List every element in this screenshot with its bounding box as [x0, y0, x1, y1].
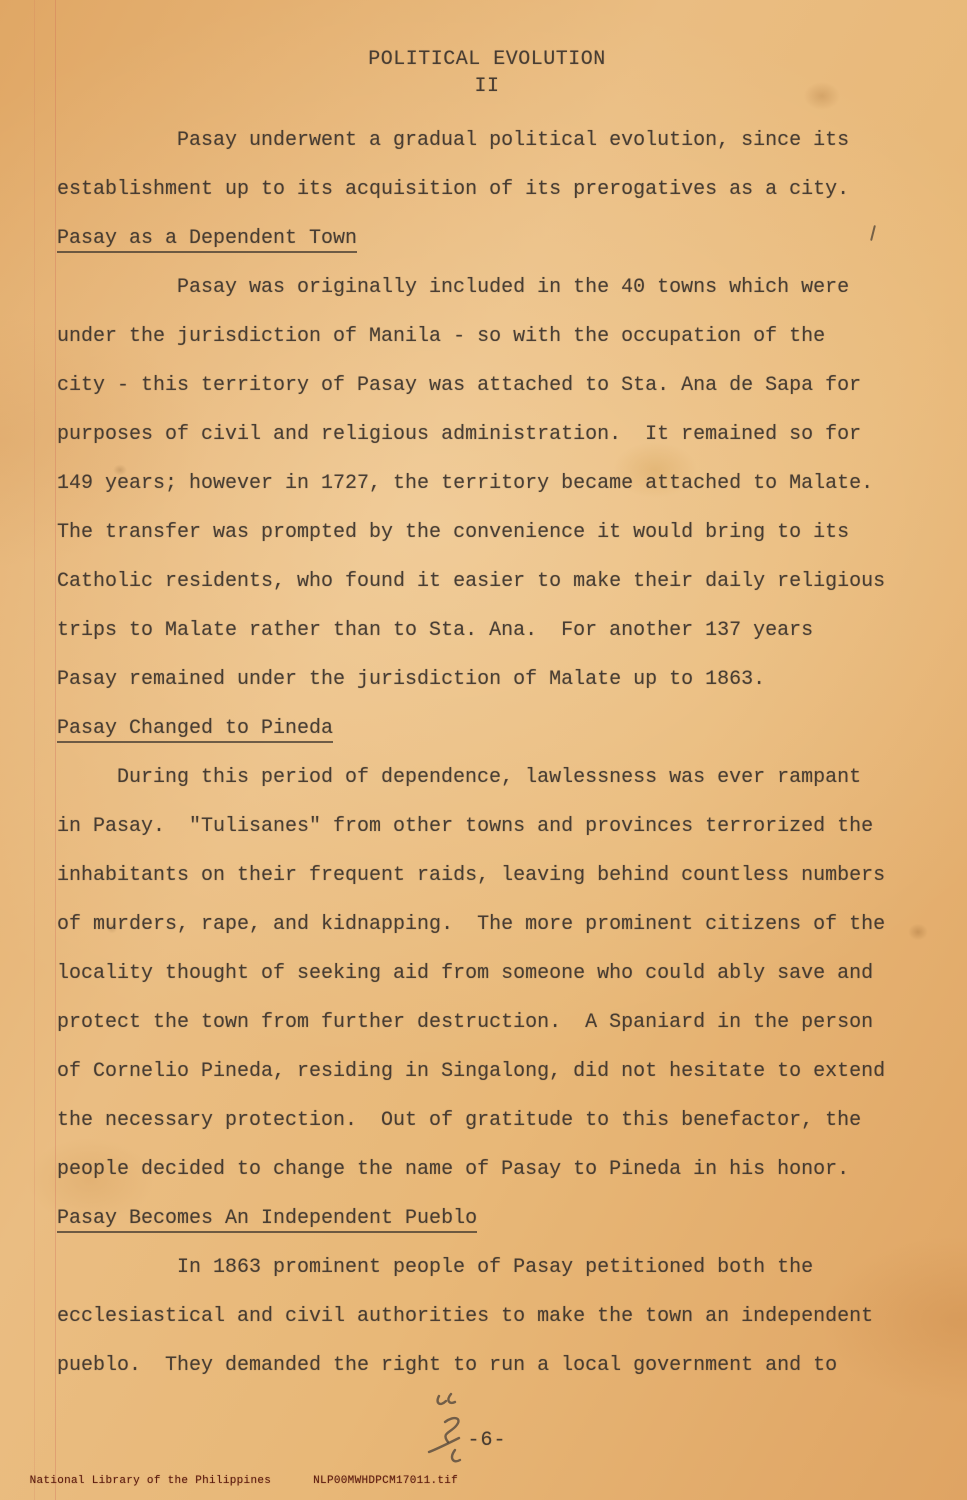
typewritten-text: POLITICAL EVOLUTIONIIPasay underwent a g…: [57, 0, 917, 1465]
margin-rule-line-left: [34, 0, 35, 1500]
document-line: protect the town from further destructio…: [57, 998, 917, 1047]
scan-footer: National Library of the PhilippinesNLP00…: [2, 1463, 458, 1499]
document-title: POLITICAL EVOLUTION: [57, 46, 917, 73]
scan-institution-label: National Library of the Philippines: [30, 1475, 272, 1487]
document-line: Catholic residents, who found it easier …: [57, 557, 917, 606]
document-line: purposes of civil and religious administ…: [57, 410, 917, 459]
document-line: Pasay underwent a gradual political evol…: [57, 116, 917, 165]
document-line: locality thought of seeking aid from som…: [57, 949, 917, 998]
document-line: inhabitants on their frequent raids, lea…: [57, 851, 917, 900]
document-line: In 1863 prominent people of Pasay petiti…: [57, 1243, 917, 1292]
scan-filename-label: NLP00MWHDPCM17011.tif: [313, 1475, 458, 1487]
margin-rule-line: [55, 0, 56, 1500]
document-line: people decided to change the name of Pas…: [57, 1145, 917, 1194]
document-line: in Pasay. "Tulisanes" from other towns a…: [57, 802, 917, 851]
document-page: POLITICAL EVOLUTIONIIPasay underwent a g…: [0, 0, 967, 1500]
document-line: of Cornelio Pineda, residing in Singalon…: [57, 1047, 917, 1096]
document-line: city - this territory of Pasay was attac…: [57, 361, 917, 410]
document-line: pueblo. They demanded the right to run a…: [57, 1341, 917, 1390]
document-line: the necessary protection. Out of gratitu…: [57, 1096, 917, 1145]
document-line: ecclesiastical and civil authorities to …: [57, 1292, 917, 1341]
document-subtitle: II: [57, 73, 917, 100]
document-line: establishment up to its acquisition of i…: [57, 165, 917, 214]
page-number: -6-: [57, 1416, 917, 1465]
document-line: under the jurisdiction of Manila - so wi…: [57, 312, 917, 361]
document-line: Pasay remained under the jurisdiction of…: [57, 655, 917, 704]
section-heading-text: Pasay Becomes An Independent Pueblo: [57, 1207, 477, 1233]
section-heading: Pasay Changed to Pineda: [57, 704, 917, 753]
document-line: 149 years; however in 1727, the territor…: [57, 459, 917, 508]
document-line: The transfer was prompted by the conveni…: [57, 508, 917, 557]
document-line: During this period of dependence, lawles…: [57, 753, 917, 802]
section-heading: Pasay Becomes An Independent Pueblo: [57, 1194, 917, 1243]
section-heading-text: Pasay as a Dependent Town: [57, 227, 357, 253]
section-heading-text: Pasay Changed to Pineda: [57, 717, 333, 743]
document-line: Pasay was originally included in the 40 …: [57, 263, 917, 312]
section-heading: Pasay as a Dependent Town: [57, 214, 917, 263]
document-line: trips to Malate rather than to Sta. Ana.…: [57, 606, 917, 655]
document-line: of murders, rape, and kidnapping. The mo…: [57, 900, 917, 949]
